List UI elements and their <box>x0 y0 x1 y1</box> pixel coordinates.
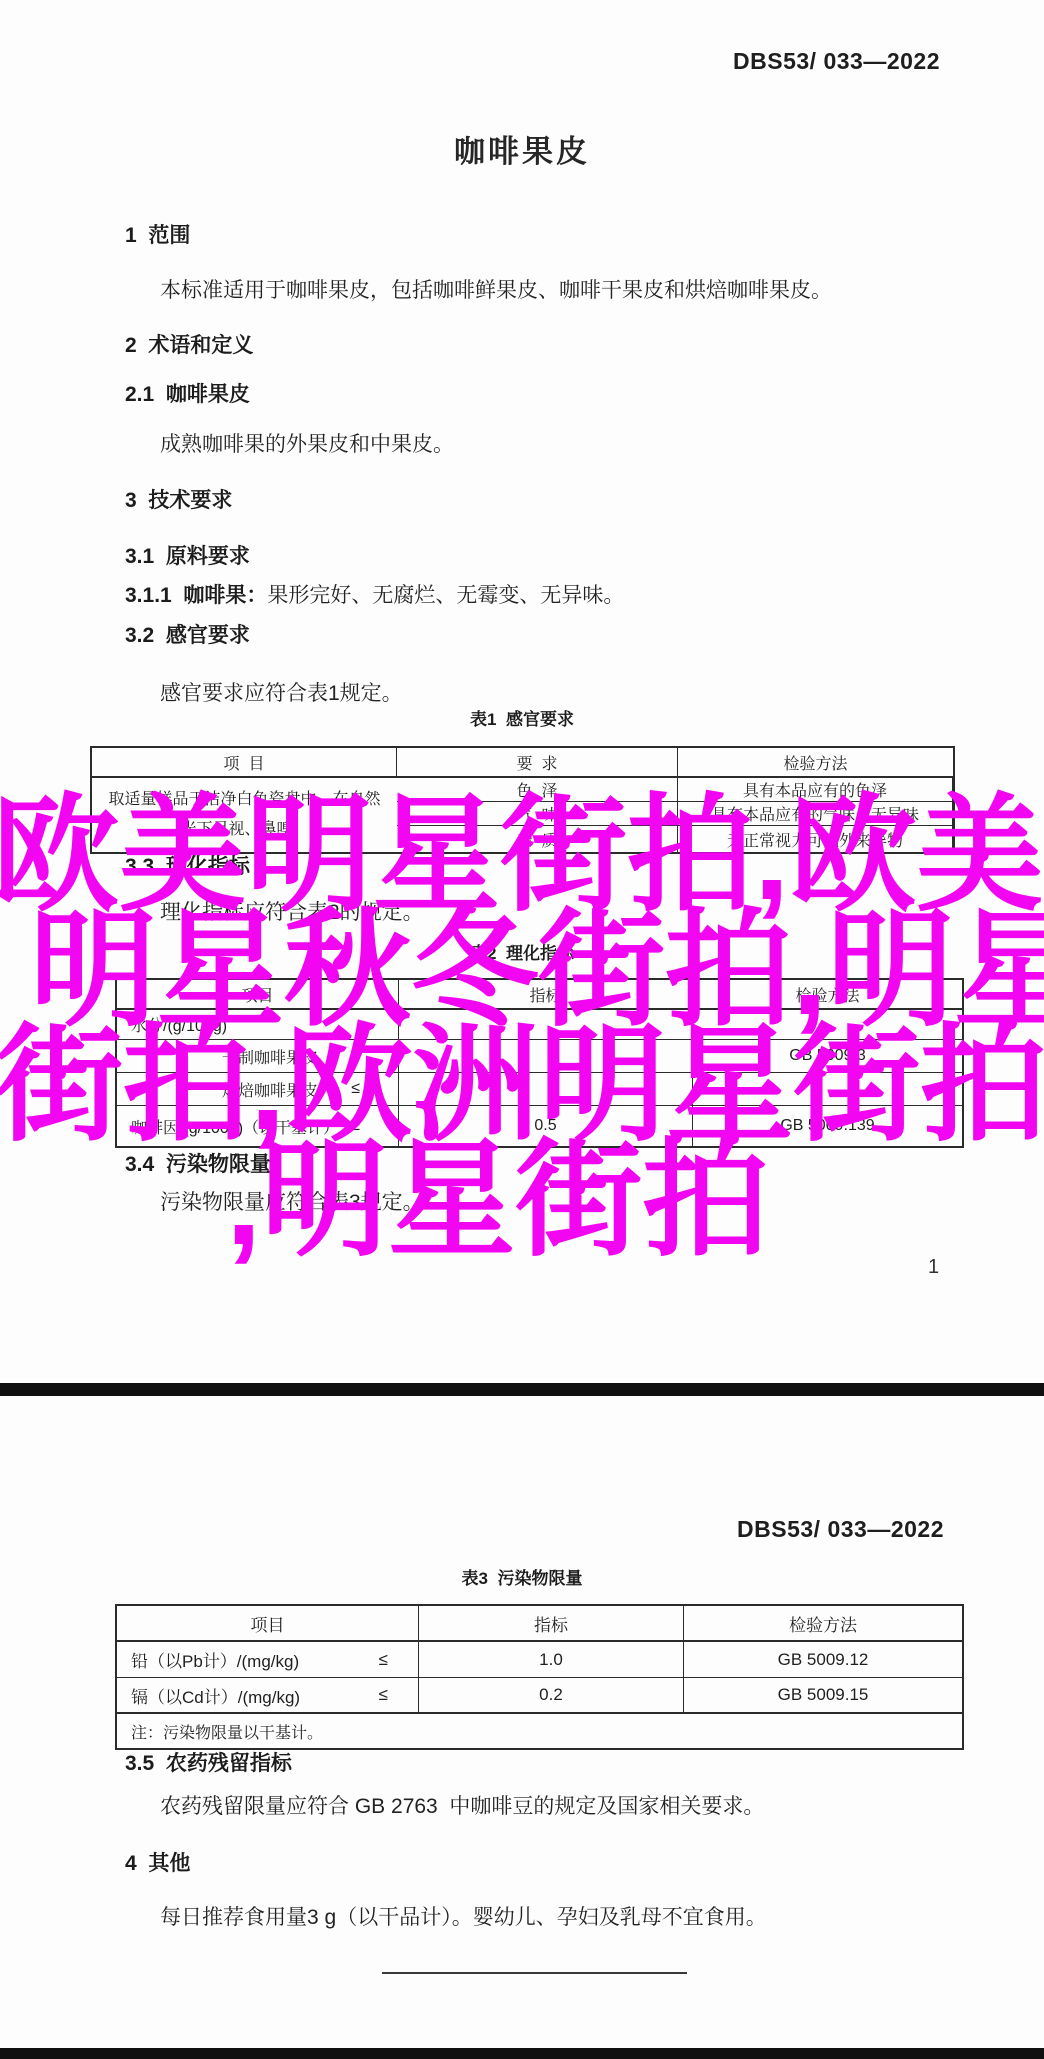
section-3-1-heading: 3.1 原料要求 <box>125 540 250 570</box>
table3-row-cadmium-item: 镉（以Cd计）/(mg/kg)≤ <box>117 1678 419 1714</box>
section-3-5-heading: 3.5 农药残留指标 <box>125 1747 292 1777</box>
table3-row-cadmium-sign: ≤ <box>379 1685 388 1705</box>
document-scan: DBS53/ 033—2022 咖啡果皮 1 范围 本标准适用于咖啡果皮，包括咖… <box>0 0 1044 2059</box>
overlay-text-line4: ,明星街拍 <box>226 1137 769 1264</box>
table3-row-cadmium-method: GB 5009.15 <box>684 1678 962 1714</box>
section-3-2-body: 感官要求应符合表1规定。 <box>160 677 403 707</box>
table1-header-requirement: 要 求 <box>397 748 678 778</box>
table3-row-lead-value: 1.0 <box>419 1642 684 1678</box>
section-3-5-body: 农药残留限量应符合 GB 2763 中咖啡豆的规定及国家相关要求。 <box>160 1790 764 1820</box>
section-2-heading: 2 术语和定义 <box>125 329 253 359</box>
table3-row-cadmium-label: 镉（以Cd计）/(mg/kg) <box>131 1683 300 1708</box>
section-2-1-body: 成熟咖啡果的外果皮和中果皮。 <box>160 428 454 458</box>
page-title: 咖啡果皮 <box>0 126 1044 171</box>
doc-number-page2: DBS53/ 033—2022 <box>737 1516 944 1543</box>
section-3-heading: 3 技术要求 <box>125 484 232 514</box>
bottom-edge-bar <box>0 2048 1044 2059</box>
table3-row-lead-item: 铅（以Pb计）/(mg/kg)≤ <box>117 1642 419 1678</box>
table1-header-method: 检验方法 <box>678 748 953 778</box>
contaminant-table: 项目 指标 检验方法 铅（以Pb计）/(mg/kg)≤ 1.0 GB 5009.… <box>115 1604 964 1750</box>
section-3-1-1-text: 果形完好、无腐烂、无霉变、无异味。 <box>267 584 624 607</box>
table3-row-lead-label: 铅（以Pb计）/(mg/kg) <box>131 1647 299 1672</box>
section-1-heading: 1 范围 <box>125 219 190 249</box>
section-3-1-1-line: 3.1.1 咖啡果：果形完好、无腐烂、无霉变、无异味。 <box>125 579 624 609</box>
table3-row-cadmium-value: 0.2 <box>419 1678 684 1714</box>
table3-header-item: 项目 <box>117 1606 419 1642</box>
table3-caption: 表3 污染物限量 <box>0 1564 1044 1589</box>
section-2-1-heading: 2.1 咖啡果皮 <box>125 378 250 408</box>
page-number: 1 <box>928 1256 939 1279</box>
section-3-1-1-number: 3.1.1 咖啡果： <box>125 584 267 607</box>
table3-row-lead-method: GB 5009.12 <box>684 1642 962 1678</box>
section-3-2-heading: 3.2 感官要求 <box>125 619 250 649</box>
doc-number-page1: DBS53/ 033—2022 <box>733 48 940 75</box>
table1-header-item: 项 目 <box>92 748 397 778</box>
section-1-body: 本标准适用于咖啡果皮，包括咖啡鲜果皮、咖啡干果皮和烘焙咖啡果皮。 <box>160 274 832 304</box>
table3-note: 注：污染物限量以干基计。 <box>117 1714 962 1748</box>
end-rule-line <box>382 1972 687 1974</box>
page-separator-bar <box>0 1383 1044 1396</box>
section-4-body: 每日推荐食用量3 g（以干品计）。婴幼儿、孕妇及乳母不宜食用。 <box>160 1901 767 1931</box>
table3-row-lead-sign: ≤ <box>379 1650 388 1670</box>
table3-header-index: 指标 <box>419 1606 684 1642</box>
section-4-heading: 4 其他 <box>125 1847 190 1877</box>
table1-caption: 表1 感官要求 <box>0 705 1044 730</box>
table3-header-method: 检验方法 <box>684 1606 962 1642</box>
